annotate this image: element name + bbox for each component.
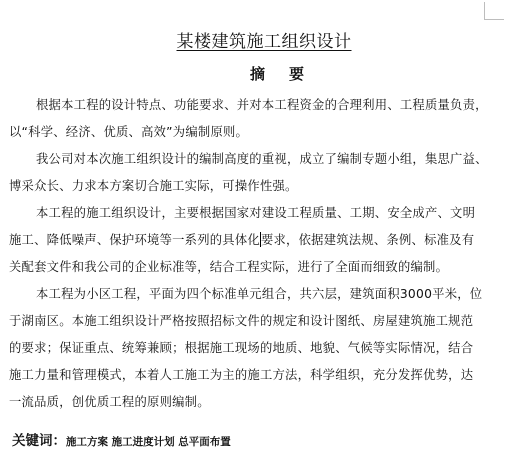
paragraph-4[interactable]: 本工程为小区工程，平面为四个标准单元组合，共六层，建筑面积3000平米，位 于湖… — [9, 281, 489, 416]
document-title-text: 某楼建筑施工组织设计 — [169, 32, 352, 52]
keywords-values: 施工方案 施工进度计划 总平面布置 — [66, 436, 231, 448]
paragraph-line: 施工力量和管理模式，本着人工施工为主的施工方法，科学组织，充分发挥优势，达 — [9, 362, 489, 389]
paragraph-2[interactable]: 我公司对本次施工组织设计的编制高度的重视，成立了编制专题小组，集思广益、 博采众… — [9, 146, 489, 200]
paragraph-line: 根据本工程的设计特点、功能要求、并对本工程资金的合理利用、工程质量负责， — [9, 92, 489, 119]
keywords-line[interactable]: 关键词：施工方案 施工进度计划 总平面布置 — [12, 429, 231, 449]
paragraph-line: 的要求；保证重点、统筹兼顾；根据施工现场的地质、地貌、气候等实际情况，结合 — [9, 335, 489, 362]
paragraph-line: 我公司对本次施工组织设计的编制高度的重视，成立了编制专题小组，集思广益、 — [9, 146, 489, 173]
paragraph-3[interactable]: 本工程的施工组织设计，主要根据国家对建设工程质量、工期、安全成产、文明 施工、降… — [9, 200, 489, 281]
keywords-label: 关键词： — [12, 433, 66, 449]
paragraph-line: 于湖南区。本施工组织设计严格按照招标文件的规定和设计图纸、房屋建筑施工规范 — [9, 308, 489, 335]
text-after-cursor: 要求，依据建筑法规、条例、标准及有 — [261, 233, 474, 247]
paragraph-line: 以“科学、经济、优质、高效”为编制原则。 — [9, 119, 489, 146]
paragraph-line: 本工程的施工组织设计，主要根据国家对建设工程质量、工期、安全成产、文明 — [9, 200, 489, 227]
paragraph-line: 本工程为小区工程，平面为四个标准单元组合，共六层，建筑面积3000平米，位 — [9, 281, 489, 308]
paragraph-line-with-cursor: 施工、降低噪声、保护环境等一系列的具体化要求，依据建筑法规、条例、标准及有 — [9, 227, 489, 254]
abstract-heading: 摘要 — [250, 63, 304, 84]
paragraph-line: 博采众长、力求本方案切合施工实际，可操作性强。 — [9, 173, 489, 200]
page-corner-margin-mark — [484, 2, 504, 20]
paragraph-line: 关配套文件和我公司的企业标准等，结合工程实际，进行了全面而细致的编制。 — [9, 254, 489, 281]
document-title: 某楼建筑施工组织设计 — [0, 27, 520, 52]
paragraph-1[interactable]: 根据本工程的设计特点、功能要求、并对本工程资金的合理利用、工程质量负责， 以“科… — [9, 92, 489, 146]
paragraph-line: 一流品质，创优质工程的原则编制。 — [9, 389, 489, 416]
abstract-heading-char-1: 摘 — [250, 65, 265, 83]
abstract-heading-char-2: 要 — [289, 65, 304, 83]
text-before-cursor: 施工、降低噪声、保护环境等一系列的具体化 — [9, 233, 260, 247]
